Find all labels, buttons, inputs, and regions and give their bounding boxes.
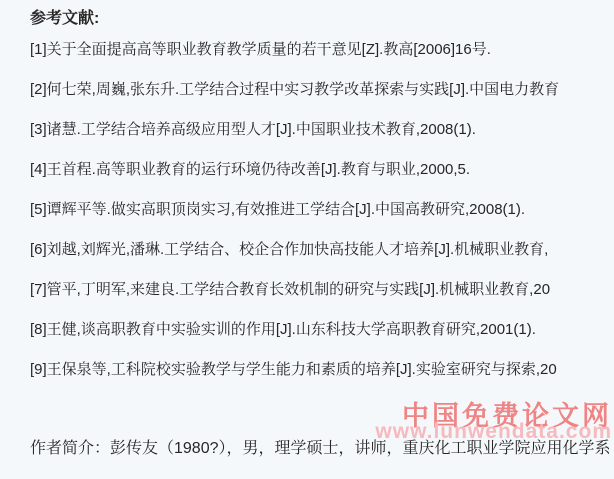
reference-item-4: [4]王首程.高等职业教育的运行环境仍待改善[J].教育与职业,2000,5. (30, 160, 614, 200)
document-page: 参考文献: [1]关于全面提高高等职业教育教学质量的若干意见[Z].教高[200… (0, 0, 614, 479)
reference-item-2: [2]何七荣,周巍,张东升.工学结合过程中实习教学改革探索与实践[J].中国电力… (30, 80, 614, 120)
reference-item-8: [8]王健,谈高职教育中实验实训的作用[J].山东科技大学高职教育研究,2001… (30, 320, 614, 360)
references-heading: 参考文献: (30, 9, 614, 40)
reference-item-7: [7]管平,丁明军,来建良.工学结合教育长效机制的研究与实践[J].机械职业教育… (30, 280, 614, 320)
references-section: 参考文献: [1]关于全面提高高等职业教育教学质量的若干意见[Z].教高[200… (0, 0, 614, 400)
reference-item-5: [5]谭辉平等.做实高职顶岗实习,有效推进工学结合[J].中国高教研究,2008… (30, 200, 614, 240)
reference-item-3: [3]诸慧.工学结合培养高级应用型人才[J].中国职业技术教育,2008(1). (30, 120, 614, 160)
author-bio: 作者简介：彭传友（1980?），男，理学硕士，讲师，重庆化工职业学院应用化学系 (30, 438, 614, 460)
reference-item-1: [1]关于全面提高高等职业教育教学质量的若干意见[Z].教高[2006]16号. (30, 40, 614, 80)
reference-item-6: [6]刘越,刘辉光,潘琳.工学结合、校企合作加快高技能人才培养[J].机械职业教… (30, 240, 614, 280)
